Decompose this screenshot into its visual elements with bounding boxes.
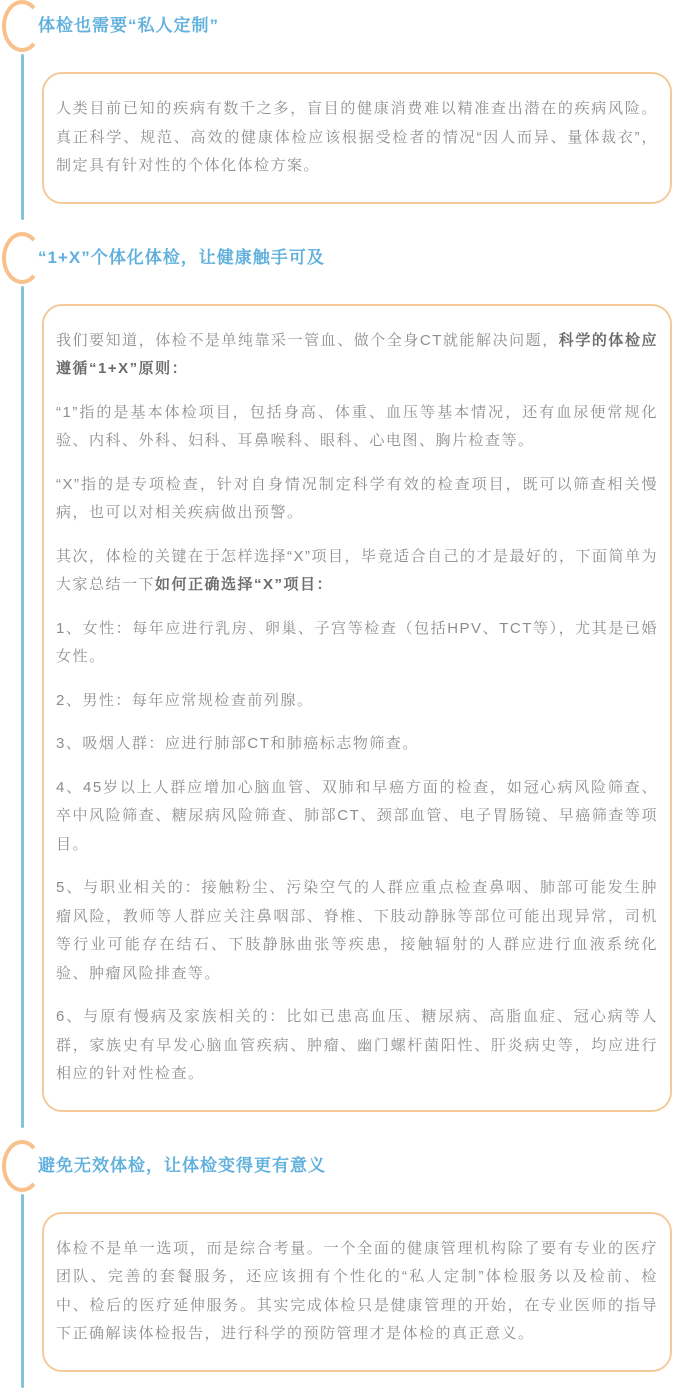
content-card: 体检不是单一选项，而是综合考量。一个全面的健康管理机构除了要有专业的医疗团队、完… [42, 1212, 672, 1372]
paragraph-text: 3、吸烟人群：应进行肺部CT和肺癌标志物筛查。 [56, 730, 658, 759]
paragraph-text: 6、与原有慢病及家族相关的：比如已患高血压、糖尿病、高脂血症、冠心病等人群，家族… [56, 1003, 658, 1089]
section-marker-arc-icon [2, 0, 42, 52]
text-run: 我们要知道，体检不是单纯靠采一管血、做个全身CT就能解决问题， [56, 332, 559, 349]
section-title: “1+X”个体化体检，让健康触手可及 [38, 236, 686, 280]
paragraph-text: 人类目前已知的疾病有数千之多，盲目的健康消费难以精准查出潜在的疾病风险。真正科学… [56, 95, 658, 181]
section-marker-arc-icon [2, 232, 42, 284]
content-card: 我们要知道，体检不是单纯靠采一管血、做个全身CT就能解决问题，科学的体检应遵循“… [42, 304, 672, 1112]
paragraph-text: “X”指的是专项检查，针对自身情况制定科学有效的检查项目，既可以筛查相关慢病，也… [56, 471, 658, 528]
text-run: 6、与原有慢病及家族相关的：比如已患高血压、糖尿病、高脂血症、冠心病等人群，家族… [56, 1008, 658, 1082]
text-run: “X”指的是专项检查，针对自身情况制定科学有效的检查项目，既可以筛查相关慢病，也… [56, 476, 658, 522]
text-run: 体检不是单一选项，而是综合考量。一个全面的健康管理机构除了要有专业的医疗团队、完… [56, 1240, 658, 1343]
text-run: 其次，体检的关键在于怎样选择“X”项目，毕竟适合自己的才是最好的，下面简单为大家… [56, 548, 658, 594]
section-divider-line [21, 286, 24, 1128]
paragraph-text: 1、女性：每年应进行乳房、卵巢、子宫等检查（包括HPV、TCT等），尤其是已婚女… [56, 615, 658, 672]
text-run: 3、吸烟人群：应进行肺部CT和肺癌标志物筛查。 [56, 735, 419, 752]
text-run: “1”指的是基本体检项目，包括身高、体重、血压等基本情况，还有血尿便常规化验、内… [56, 404, 658, 450]
section-divider-line [21, 54, 24, 220]
paragraph-text: 体检不是单一选项，而是综合考量。一个全面的健康管理机构除了要有专业的医疗团队、完… [56, 1235, 658, 1349]
article-section-2: “1+X”个体化体检，让健康触手可及 我们要知道，体检不是单纯靠采一管血、做个全… [0, 236, 686, 1112]
paragraph-text: 2、男性：每年应常规检查前列腺。 [56, 687, 658, 716]
section-divider-line [21, 1194, 24, 1388]
paragraph-text: 其次，体检的关键在于怎样选择“X”项目，毕竟适合自己的才是最好的，下面简单为大家… [56, 543, 658, 600]
paragraph-text: “1”指的是基本体检项目，包括身高、体重、血压等基本情况，还有血尿便常规化验、内… [56, 399, 658, 456]
paragraph-text: 4、45岁以上人群应增加心脑血管、双肺和早癌方面的检查，如冠心病风险筛查、卒中风… [56, 774, 658, 860]
text-run: 5、与职业相关的：接触粉尘、污染空气的人群应重点检查鼻咽、肺部可能发生肿瘤风险，… [56, 879, 658, 982]
emphasis-text: 如何正确选择“X”项目： [155, 576, 333, 593]
paragraph-text: 我们要知道，体检不是单纯靠采一管血、做个全身CT就能解决问题，科学的体检应遵循“… [56, 327, 658, 384]
text-run: 2、男性：每年应常规检查前列腺。 [56, 692, 313, 709]
text-run: 1、女性：每年应进行乳房、卵巢、子宫等检查（包括HPV、TCT等），尤其是已婚女… [56, 620, 658, 666]
article-section-1: 体检也需要“私人定制” 人类目前已知的疾病有数千之多，盲目的健康消费难以精准查出… [0, 4, 686, 204]
content-card: 人类目前已知的疾病有数千之多，盲目的健康消费难以精准查出潜在的疾病风险。真正科学… [42, 72, 672, 204]
section-marker-arc-icon [2, 1140, 42, 1192]
article-section-3: 避免无效体检，让体检变得更有意义 体检不是单一选项，而是综合考量。一个全面的健康… [0, 1144, 686, 1372]
article-body: 体检也需要“私人定制” 人类目前已知的疾病有数千之多，盲目的健康消费难以精准查出… [0, 4, 686, 1372]
paragraph-text: 5、与职业相关的：接触粉尘、污染空气的人群应重点检查鼻咽、肺部可能发生肿瘤风险，… [56, 874, 658, 988]
text-run: 4、45岁以上人群应增加心脑血管、双肺和早癌方面的检查，如冠心病风险筛查、卒中风… [56, 779, 658, 853]
section-title: 避免无效体检，让体检变得更有意义 [38, 1144, 686, 1188]
section-title: 体检也需要“私人定制” [38, 4, 686, 48]
text-run: 人类目前已知的疾病有数千之多，盲目的健康消费难以精准查出潜在的疾病风险。真正科学… [56, 100, 658, 174]
